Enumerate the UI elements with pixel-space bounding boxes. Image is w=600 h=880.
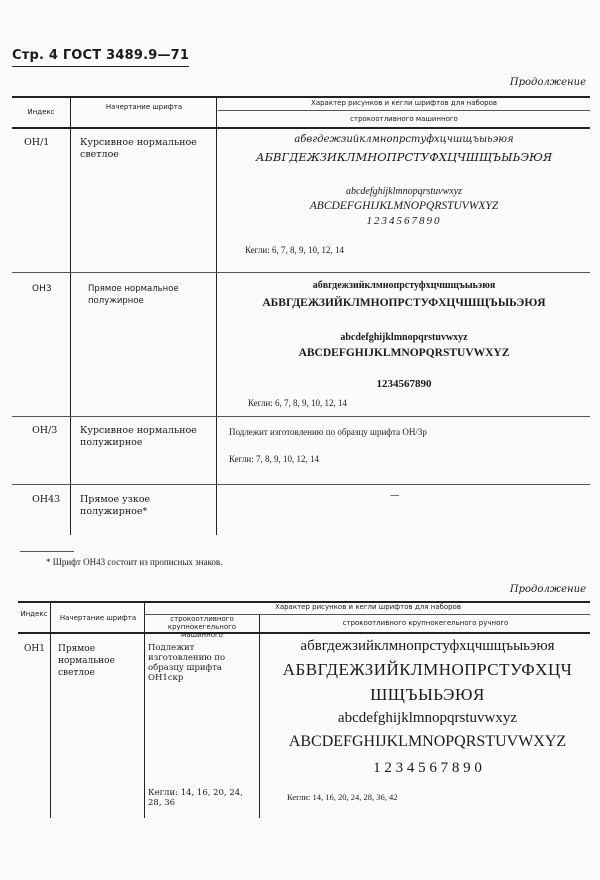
row-divider [12, 416, 590, 417]
table1-header-bottom-border [12, 127, 590, 129]
header-sub-manual: строкоотливного крупнокегельного ручного [261, 619, 590, 627]
continuation-label: Продолжение [510, 584, 586, 595]
table1-header-divider [218, 110, 590, 111]
row-index: ОН/3 [32, 425, 57, 437]
header-sub-machine: строкоотливного крупнокегельного машинно… [146, 615, 258, 639]
sample-uppercase-cyrillic: АБВГДЕЖЗИКЛМНОПРСТУФХЦЧШЩЪЫЬЭЮЯ [218, 150, 590, 164]
footnote: * Шрифт ОН43 состоит из прописных знаков… [46, 557, 222, 567]
footnote-rule [20, 551, 74, 552]
table2-header-bottom-border [18, 632, 590, 634]
empty-dash: — [390, 490, 400, 502]
row-style: Прямое нормальное полужирное [88, 283, 212, 307]
sample-lowercase-latin: abcdefghijklmnopqrstuvwxyz [260, 710, 595, 727]
header-character-group: Характер рисунков и кегли шрифтов для на… [146, 603, 590, 611]
header-index: Индекс [12, 108, 70, 116]
machine-kegli-sizes: Кегли: 14, 16, 20, 24, 28, 36 [148, 788, 258, 808]
manual-kegli-sizes: Кегли: 14, 16, 20, 24, 28, 36, 42 [287, 792, 397, 802]
row-style: Прямое узкое полужирное* [80, 494, 212, 518]
continuation-label: Продолжение [510, 77, 586, 88]
manufacture-note: Подлежит изготовлению по образцу шрифта … [229, 427, 427, 437]
row-style: Курсивное нормальное светлое [80, 137, 212, 161]
row-style: Курсивное нормальное полужирное [80, 425, 210, 449]
header-style: Начертание шрифта [52, 614, 144, 622]
row-divider [12, 484, 590, 485]
kegli-sizes: Кегли: 6, 7, 8, 9, 10, 12, 14 [245, 245, 344, 255]
sample-lowercase-latin: abcdefghijklmnopqrstuvwxyz [218, 332, 590, 343]
sample-lowercase-latin: abcdefghijklmnopqrstuvwxyz [218, 186, 590, 197]
sample-digits: 1234567890 [218, 215, 590, 227]
kegli-sizes: Кегли: 6, 7, 8, 9, 10, 12, 14 [248, 398, 347, 408]
table1-col-divider-1 [70, 97, 71, 535]
row-index: ОН/1 [24, 137, 49, 149]
sample-digits: 1 2 3 4 5 6 7 8 9 0 [260, 760, 595, 777]
sample-uppercase-cyrillic-2: ШЩЪЫЬЭЮЯ [260, 685, 595, 705]
table2-col-divider-1 [50, 602, 51, 818]
table1-col-divider-2 [216, 97, 217, 535]
sample-lowercase-cyrillic: абвгдежзийклмнопрстуфхцчшщъыьэюя [260, 638, 595, 655]
header-character-group: Характер рисунков и кегли шрифтов для на… [218, 99, 590, 107]
row-index: ОН43 [32, 494, 60, 506]
manufacture-note: Подлежит изготовлению по образцу шрифта … [148, 643, 258, 683]
table1-top-border [12, 96, 590, 98]
row-index: ОН3 [32, 283, 52, 295]
sample-digits: 1234567890 [218, 378, 590, 390]
row-style: Прямое нормальное светлое [58, 643, 142, 679]
header-index: Индекс [18, 610, 50, 618]
kegli-sizes: Кегли: 7, 8, 9, 10, 12, 14 [229, 454, 319, 464]
header-sub: строкоотливного машинного [218, 115, 590, 123]
page-title: Стр. 4 ГОСТ 3489.9—71 [12, 48, 189, 67]
sample-uppercase-latin: ABCDEFGHIJKLMNOPQRSTUVWXYZ [218, 347, 590, 359]
sample-lowercase-cyrillic: абвгдежзийклмнопрстуфхцчшщъыьэюя [218, 280, 590, 291]
row-index: ОН1 [24, 643, 45, 655]
sample-uppercase-cyrillic: АБВГДЕЖЗИЙКЛМНОПРСТУФХЦЧШЩЪЫЬЭЮЯ [218, 297, 590, 309]
sample-uppercase-latin: ABCDEFGHIJKLMNOPQRSTUVWXYZ [260, 733, 595, 751]
sample-lowercase-cyrillic: абвгдежзийклмнопрстуфхцчшщъыьэюя [218, 134, 590, 145]
row-divider [12, 272, 590, 273]
table2-col-divider-2 [144, 602, 145, 818]
sample-uppercase-latin: ABCDEFGHIJKLMNOPQRSTUVWXYZ [218, 200, 590, 212]
sample-uppercase-cyrillic-1: АБВГДЕЖЗИЙКЛМНОПРСТУФХЦЧ [260, 660, 595, 680]
header-style: Начертание шрифта [72, 103, 216, 111]
